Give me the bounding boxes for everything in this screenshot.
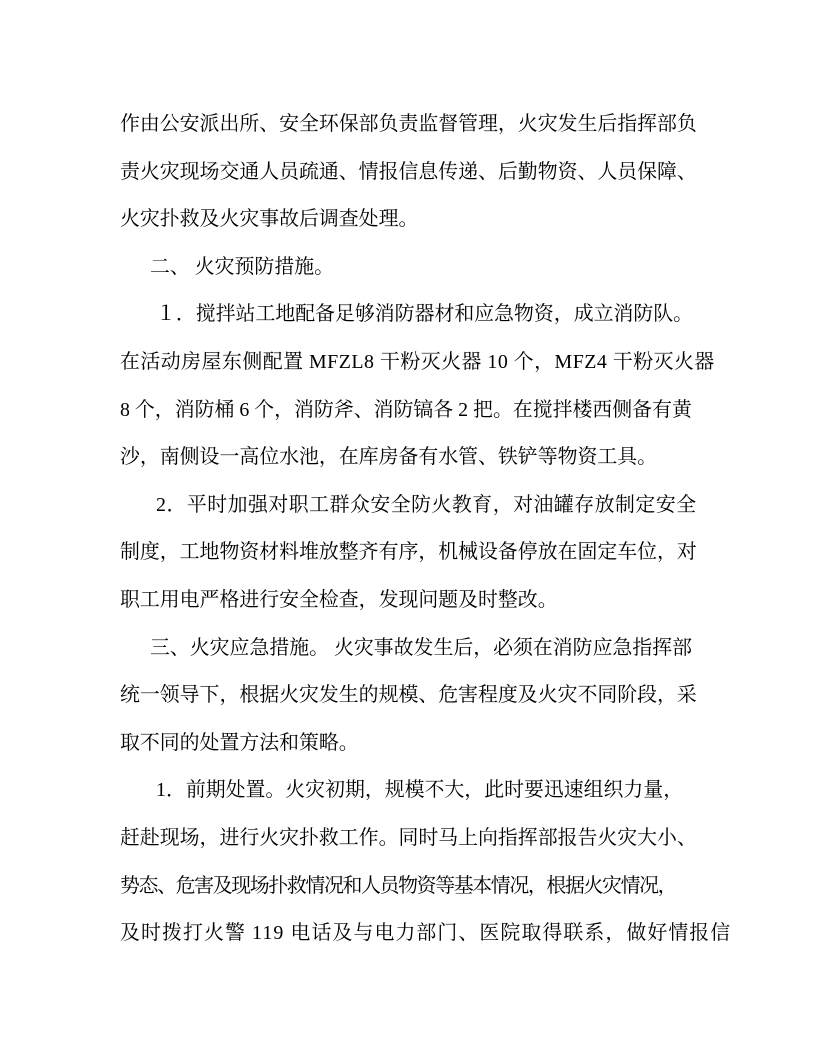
paragraph: １．搅拌站工地配备足够消防器材和应急物资，成立消防队。 在活动房屋东侧配置 MF… bbox=[120, 291, 701, 481]
text-line: 及时拨打火警 119 电话及与电力部门、医院取得联系，做好情报信 bbox=[120, 910, 701, 958]
text-line: 责火灾现场交通人员疏通、情报信息传递、后勤物资、人员保障、 bbox=[120, 149, 701, 197]
text-line: １．搅拌站工地配备足够消防器材和应急物资，成立消防队。 bbox=[120, 291, 701, 339]
paragraph: 二、 火灾预防措施。 bbox=[120, 244, 701, 292]
text-line: 在活动房屋东侧配置 MFZL8 干粉灭火器 10 个，MFZ4 干粉灭火器 bbox=[120, 339, 701, 387]
paragraph: 2．平时加强对职工群众安全防火教育，对油罐存放制定安全 制度，工地物资材料堆放整… bbox=[120, 482, 701, 625]
section-heading: 三、火灾应急措施。 火灾事故发生后，必须在消防应急指挥部 bbox=[120, 625, 701, 673]
text-line: 制度，工地物资材料堆放整齐有序，机械设备停放在固定车位，对 bbox=[120, 529, 701, 577]
paragraph: 作由公安派出所、安全环保部负责监督管理，火灾发生后指挥部负 责火灾现场交通人员疏… bbox=[120, 101, 701, 244]
text-line: 1．前期处置。火灾初期，规模不大，此时要迅速组织力量， bbox=[120, 767, 701, 815]
text-line: 2．平时加强对职工群众安全防火教育，对油罐存放制定安全 bbox=[120, 482, 701, 530]
text-line: 职工用电严格进行安全检查，发现问题及时整改。 bbox=[120, 577, 701, 625]
text-line: 赶赴现场，进行火灾扑救工作。同时马上向指挥部报告火灾大小、 bbox=[120, 815, 701, 863]
text-line: 火灾扑救及火灾事故后调查处理。 bbox=[120, 196, 701, 244]
text-line: 统一领导下，根据火灾发生的规模、危害程度及火灾不同阶段，采 bbox=[120, 672, 701, 720]
text-line: 取不同的处置方法和策略。 bbox=[120, 720, 701, 768]
paragraph: 1．前期处置。火灾初期，规模不大，此时要迅速组织力量， 赶赴现场，进行火灾扑救工… bbox=[120, 767, 701, 957]
text-line: 势态、危害及现场扑救情况和人员物资等基本情况，根据火灾情况， bbox=[120, 863, 701, 911]
section-heading: 二、 火灾预防措施。 bbox=[120, 244, 701, 292]
text-line: 作由公安派出所、安全环保部负责监督管理，火灾发生后指挥部负 bbox=[120, 101, 701, 149]
paragraph: 三、火灾应急措施。 火灾事故发生后，必须在消防应急指挥部 统一领导下，根据火灾发… bbox=[120, 625, 701, 768]
document-page: 作由公安派出所、安全环保部负责监督管理，火灾发生后指挥部负 责火灾现场交通人员疏… bbox=[0, 0, 816, 1056]
text-line: 8 个，消防桶 6 个，消防斧、消防镐各 2 把。在搅拌楼西侧备有黄 bbox=[120, 387, 701, 435]
text-line: 沙，南侧设一高位水池，在库房备有水管、铁铲等物资工具。 bbox=[120, 434, 701, 482]
